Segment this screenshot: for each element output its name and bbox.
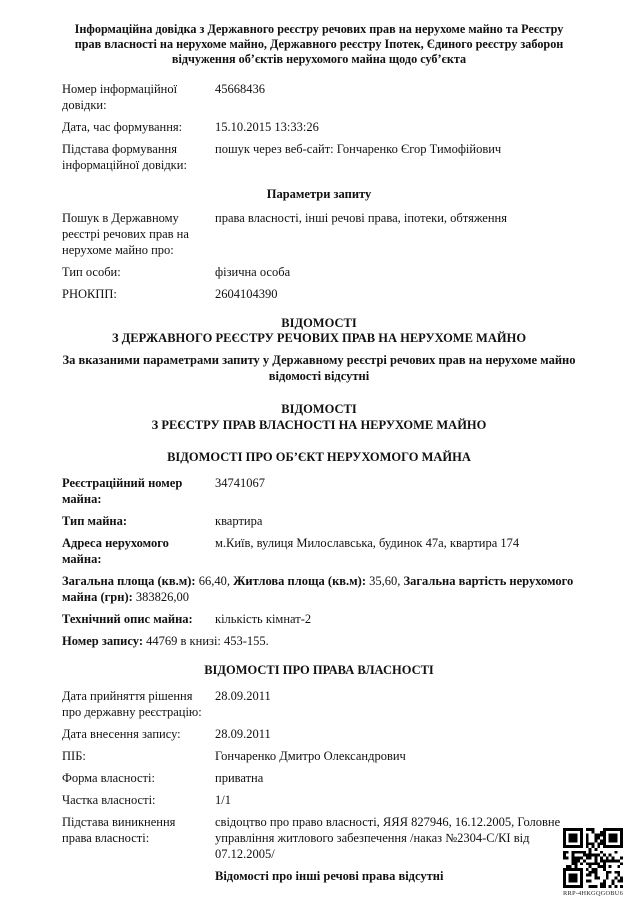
field-label: ПІБ: <box>62 748 215 764</box>
state-registry-heading-line2: З ДЕРЖАВНОГО РЕЄСТРУ РЕЧОВИХ ПРАВ НА НЕР… <box>62 331 576 347</box>
record-number-label: Номер запису: <box>62 634 143 648</box>
total-area-label: Загальна площа (кв.м): <box>62 574 196 588</box>
field-label: Адреса нерухомого майна: <box>62 535 215 567</box>
living-area-value: 35,60, <box>369 574 400 588</box>
field-value: пошук через веб-сайт: Гончаренко Єгор Ти… <box>215 141 576 173</box>
object-reg-number-row: Реєстраційний номер майна: 34741067 <box>62 475 576 507</box>
field-value: 2604104390 <box>215 286 576 302</box>
ownership-registry-heading-line1: ВІДОМОСТІ <box>62 402 576 418</box>
field-value: м.Київ, вулиця Милославська, будинок 47а… <box>215 535 576 567</box>
field-label: Технічний опис майна: <box>62 611 215 627</box>
total-cost-value: 383826,00 <box>136 590 189 604</box>
state-registry-heading-line1: ВІДОМОСТІ <box>62 316 576 332</box>
rights-share-row: Частка власності: 1/1 <box>62 792 576 808</box>
field-value: квартира <box>215 513 576 529</box>
field-value: 45668436 <box>215 81 576 113</box>
rights-name-row: ПІБ: Гончаренко Дмитро Олександрович <box>62 748 576 764</box>
qr-caption: RRP-4HKGQGOBU6 <box>561 890 625 898</box>
field-label: Реєстраційний номер майна: <box>62 475 215 507</box>
field-value: 1/1 <box>215 792 576 808</box>
field-value: 28.09.2011 <box>215 688 576 720</box>
query-rnokpp-row: РНОКПП: 2604104390 <box>62 286 576 302</box>
field-value: приватна <box>215 770 576 786</box>
object-areas-paragraph: Загальна площа (кв.м): 66,40, Житлова пл… <box>62 573 576 605</box>
object-record-number-paragraph: Номер запису: 44769 в книзі: 453-155. <box>62 633 576 649</box>
total-area-value: 66,40, <box>199 574 230 588</box>
ownership-registry-heading: ВІДОМОСТІ З РЕЄСТРУ ПРАВ ВЛАСНОСТІ НА НЕ… <box>62 402 576 433</box>
rights-form-row: Форма власності: приватна <box>62 770 576 786</box>
state-registry-heading: ВІДОМОСТІ З ДЕРЖАВНОГО РЕЄСТРУ РЕЧОВИХ П… <box>62 316 576 347</box>
rights-decision-date-row: Дата прийняття рішення про державну реєс… <box>62 688 576 720</box>
object-type-row: Тип майна: квартира <box>62 513 576 529</box>
document-page: Інформаційна довідка з Державного реєстр… <box>0 0 638 903</box>
field-label: Частка власності: <box>62 792 215 808</box>
record-number-value: 44769 в книзі: 453-155. <box>146 634 269 648</box>
field-label: Номер інформаційної довідки: <box>62 81 215 113</box>
field-label: Дата, час формування: <box>62 119 215 135</box>
rights-basis-row: Підстава виникнення права власності: сві… <box>62 814 576 862</box>
query-search-row: Пошук в Державному реєстрі речових прав … <box>62 210 576 258</box>
field-label: Підстава виникнення права власності: <box>62 814 215 862</box>
info-number-row: Номер інформаційної довідки: 45668436 <box>62 81 576 113</box>
info-basis-row: Підстава формування інформаційної довідк… <box>62 141 576 173</box>
field-label: Тип особи: <box>62 264 215 280</box>
qr-block: RRP-4HKGQGOBU6 <box>561 828 625 898</box>
query-params-heading: Параметри запиту <box>62 186 576 202</box>
document-title: Інформаційна довідка з Державного реєстр… <box>62 22 576 67</box>
other-rights-note: Відомості про інші речові права відсутні <box>215 868 576 884</box>
info-datetime-row: Дата, час формування: 15.10.2015 13:33:2… <box>62 119 576 135</box>
field-label: Тип майна: <box>62 513 215 529</box>
state-registry-no-records: За вказаними параметрами запиту у Держав… <box>62 353 576 384</box>
living-area-label: Житлова площа (кв.м): <box>233 574 366 588</box>
query-person-type-row: Тип особи: фізична особа <box>62 264 576 280</box>
qr-code <box>563 828 623 888</box>
field-value: 28.09.2011 <box>215 726 576 742</box>
property-object-heading: ВІДОМОСТІ ПРО ОБ’ЄКТ НЕРУХОМОГО МАЙНА <box>62 450 576 466</box>
field-value: Гончаренко Дмитро Олександрович <box>215 748 576 764</box>
field-label: Дата прийняття рішення про державну реєс… <box>62 688 215 720</box>
field-value: 34741067 <box>215 475 576 507</box>
field-value: кількість кімнат-2 <box>215 611 576 627</box>
ownership-rights-heading: ВІДОМОСТІ ПРО ПРАВА ВЛАСНОСТІ <box>62 663 576 679</box>
field-value: права власності, інші речові права, іпот… <box>215 210 576 258</box>
field-label: Підстава формування інформаційної довідк… <box>62 141 215 173</box>
ownership-registry-heading-line2: З РЕЄСТРУ ПРАВ ВЛАСНОСТІ НА НЕРУХОМЕ МАЙ… <box>62 418 576 434</box>
field-label: Форма власності: <box>62 770 215 786</box>
field-value: свідоцтво про право власності, ЯЯЯ 82794… <box>215 814 576 862</box>
object-tech-desc-row: Технічний опис майна: кількість кімнат-2 <box>62 611 576 627</box>
field-label: Пошук в Державному реєстрі речових прав … <box>62 210 215 258</box>
object-address-row: Адреса нерухомого майна: м.Київ, вулиця … <box>62 535 576 567</box>
field-value: фізична особа <box>215 264 576 280</box>
field-label: Дата внесення запису: <box>62 726 215 742</box>
field-label: РНОКПП: <box>62 286 215 302</box>
field-value: 15.10.2015 13:33:26 <box>215 119 576 135</box>
rights-entry-date-row: Дата внесення запису: 28.09.2011 <box>62 726 576 742</box>
